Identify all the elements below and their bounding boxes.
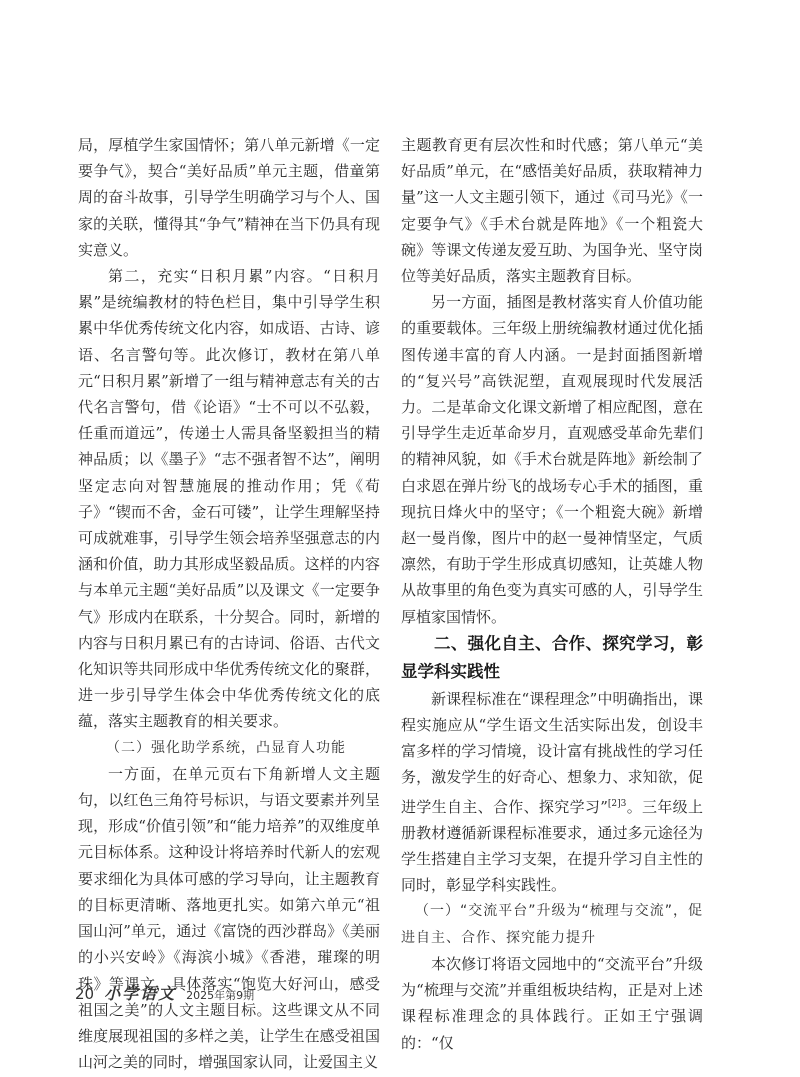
paragraph-unit-theme: 一方面，在单元页右下角新增人文主题句，以红色三角符号标识，与语文要素并列呈现，形… xyxy=(78,761,380,1075)
issue-label: 2025年第9期 xyxy=(186,987,254,1003)
paragraph-rijiyuelei: 第二，充实“日积月累”内容。“日积月累”是统编教材的特色栏目，集中引导学生积累中… xyxy=(78,263,380,735)
paragraph-revision: 本次修订将语文园地中的“交流平台”升级为“梳理与交流”并重组板块结构，正是对上述… xyxy=(401,951,703,1056)
subheading-zhuxue-system: （二）强化助学系统，凸显育人功能 xyxy=(78,735,380,761)
paragraph-illustrations: 另一方面，插图是教材落实育人价值功能的重要载体。三年级上册统编教材通过优化插图传… xyxy=(401,289,703,630)
subheading-exchange-platform: （一）“交流平台”升级为“梳理与交流”，促进自主、合作、探究能力提升 xyxy=(401,898,703,950)
citation-ref: [2]3 xyxy=(608,799,626,809)
magazine-logo: 小学语文 xyxy=(104,981,176,1004)
paragraph-continuation: 局，厚植学生家国情怀；第八单元新增《一定要争气》，契合“美好品质”单元主题，借童… xyxy=(78,132,380,263)
paragraph-continuation-right: 主题教育更有层次性和时代感；第八单元“美好品质”单元，在“感悟美好品质，获取精神… xyxy=(401,132,703,289)
page-footer: 20 小学语文 2025年第9期 xyxy=(75,981,254,1004)
right-column: 主题教育更有层次性和时代感；第八单元“美好品质”单元，在“感悟美好品质，获取精神… xyxy=(401,132,703,1056)
page-number: 20 xyxy=(75,985,94,1003)
left-column: 局，厚植学生家国情怀；第八单元新增《一定要争气》，契合“美好品质”单元主题，借童… xyxy=(78,132,380,1075)
paragraph-curriculum-standard: 新课程标准在“课程理念”中明确指出，课程实施应从“学生语文生活实际出发，创设丰富… xyxy=(401,686,703,899)
section-heading-2: 二、强化自主、合作、探究学习，彰显学科实践性 xyxy=(401,630,703,686)
